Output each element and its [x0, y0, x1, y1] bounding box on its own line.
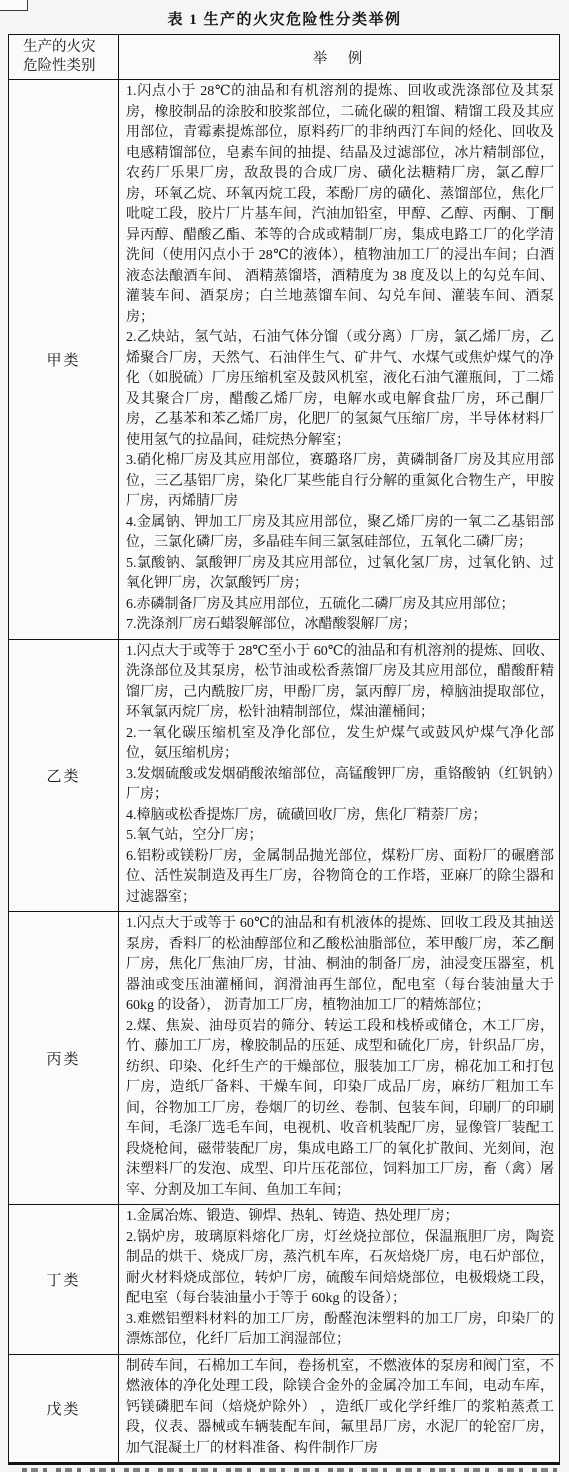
table-row-class-bing: 丙类 1.闪点大于或等于 60℃的油品和有机液体的提炼、回收工段及其抽送泵房，香…: [9, 912, 560, 1205]
examples-cell-wu: 制砖车间，石棉加工车间，卷扬机室，不燃液体的泵房和阀门室，不燃液体的净化处理工段…: [119, 1354, 560, 1464]
header-category-label: 生产的火灾危险性类别: [9, 35, 119, 80]
example-item: 1.金属冶炼、锻造、铆焊、热轧、铸造、热处理厂房；: [126, 1207, 554, 1228]
examples-cell-yi: 1.闪点大于或等于 28℃至小于 60℃的油品和有机溶剂的提炼、回收、洗涤部位及…: [119, 639, 560, 912]
table-row-class-ding: 丁类 1.金属冶炼、锻造、铆焊、热轧、铸造、热处理厂房； 2.锅炉房，玻璃原料熔…: [9, 1205, 560, 1355]
example-item: 制砖车间，石棉加工车间，卷扬机室，不燃液体的泵房和阀门室，不燃液体的净化处理工段…: [126, 1357, 554, 1460]
table-row-class-jia: 甲类 1.闪点小于 28℃的油品和有机溶剂的提炼、回收或洗涤部位及其泵房，橡胶制…: [9, 80, 560, 640]
example-item: 1.闪点小于 28℃的油品和有机溶剂的提炼、回收或洗涤部位及其泵房，橡胶制品的涂…: [126, 82, 554, 328]
header-row: 生产的火灾危险性类别 举 例: [9, 35, 560, 80]
fire-hazard-classification-table: 生产的火灾危险性类别 举 例 甲类 1.闪点小于 28℃的油品和有机溶剂的提炼、…: [8, 34, 560, 1465]
category-label-ding: 丁类: [9, 1205, 119, 1355]
example-item: 2.锅炉房，玻璃原料熔化厂房，灯丝烧拉部位，保温瓶胆厂房，陶瓷制品的烘干、烧成厂…: [126, 1228, 554, 1310]
example-item: 4.樟脑或松香提炼厂房，硫磺回收厂房，焦化厂精萘厂房；: [126, 806, 554, 827]
example-item: 5.氯酸钠、氯酸钾厂房及其应用部位，过氧化氢厂房，过氧化钠、过氧化钾厂房，次氯酸…: [126, 554, 554, 595]
examples-cell-jia: 1.闪点小于 28℃的油品和有机溶剂的提炼、回收或洗涤部位及其泵房，橡胶制品的涂…: [119, 80, 560, 640]
example-item: 4.金属钠、钾加工厂房及其应用部位，聚乙烯厂房的一氧二乙基铝部位，三氯化磷厂房，…: [126, 513, 554, 554]
example-item: 2.一氧化碳压缩机室及净化部位，发生炉煤气或鼓风炉煤气净化部位，氨压缩机房；: [126, 724, 554, 765]
example-item: 6.赤磷制备厂房及其应用部位，五硫化二磷厂房及其应用部位；: [126, 595, 554, 616]
example-item: 6.铝粉或镁粉厂房，金属制品抛光部位，煤粉厂房、面粉厂的碾磨部位、活性炭制造及再…: [126, 847, 554, 909]
cutoff-box-artifact: [0, 0, 28, 11]
document-page: 表 1 生产的火灾危险性分类举例 生产的火灾危险性类别 举 例 甲类 1.闪点小…: [0, 0, 569, 1472]
example-item: 2.乙炔站，氢气站，石油气体分馏（或分离）厂房，氯乙烯厂房，乙烯聚合厂房，天然气…: [126, 328, 554, 451]
category-label-bing: 丙类: [9, 912, 119, 1205]
cutoff-text-artifact: [22, 1468, 559, 1472]
header-examples-label: 举 例: [119, 35, 560, 80]
category-label-wu: 戊类: [9, 1354, 119, 1464]
examples-cell-bing: 1.闪点大于或等于 60℃的油品和有机液体的提炼、回收工段及其抽送泵房，香料厂的…: [119, 912, 560, 1205]
example-item: 3.难燃铝塑料材料的加工厂房，酚醛泡沫塑料的加工厂房，印染厂的漂炼部位，化纤厂后…: [126, 1310, 554, 1351]
examples-cell-ding: 1.金属冶炼、锻造、铆焊、热轧、铸造、热处理厂房； 2.锅炉房，玻璃原料熔化厂房…: [119, 1205, 560, 1355]
example-item: 2.煤、焦炭、油母页岩的筛分、转运工段和栈桥或储仓，木工厂房，竹、藤加工厂房，橡…: [126, 1017, 554, 1202]
table-row-class-yi: 乙类 1.闪点大于或等于 28℃至小于 60℃的油品和有机溶剂的提炼、回收、洗涤…: [9, 639, 560, 912]
example-item: 3.发烟硫酸或发烟硝酸浓缩部位，高锰酸钾厂房，重铬酸钠（红钒钠）厂房；: [126, 765, 554, 806]
example-item: 1.闪点大于或等于 28℃至小于 60℃的油品和有机溶剂的提炼、回收、洗涤部位及…: [126, 642, 554, 724]
example-item: 5.氧气站，空分厂房；: [126, 826, 554, 847]
example-item: 1.闪点大于或等于 60℃的油品和有机液体的提炼、回收工段及其抽送泵房，香料厂的…: [126, 914, 554, 1017]
table-row-class-wu: 戊类 制砖车间，石棉加工车间，卷扬机室，不燃液体的泵房和阀门室，不燃液体的净化处…: [9, 1354, 560, 1464]
example-item: 7.洗涤剂厂房石蜡裂解部位，冰醋酸裂解厂房；: [126, 615, 554, 636]
category-label-yi: 乙类: [9, 639, 119, 912]
table-title: 表 1 生产的火灾危险性分类举例: [0, 1, 569, 34]
category-label-jia: 甲类: [9, 80, 119, 640]
example-item: 3.硝化棉厂房及其应用部位，赛璐珞厂房，黄磷制备厂房及其应用部位，三乙基铝厂房，…: [126, 451, 554, 513]
